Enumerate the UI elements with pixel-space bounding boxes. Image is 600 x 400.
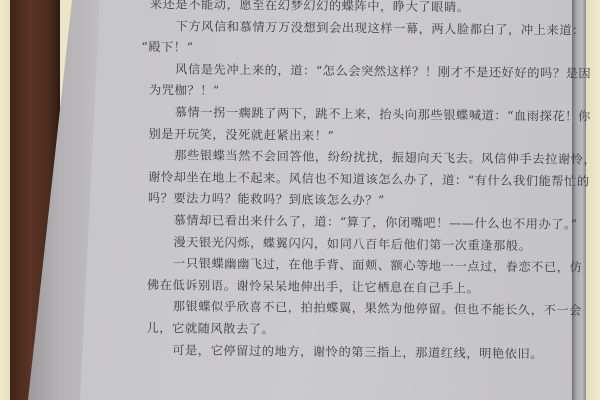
cream-frame-left bbox=[0, 0, 10, 400]
page-text: 来还是不能动，愿至在幻梦幻幻的蝶阵中，睁大了眼睛。 下方风信和慕情万万没想到会出… bbox=[146, 0, 555, 365]
book-spine-edge bbox=[572, 0, 586, 400]
text-line: 下方风信和慕情万万没想到会出现这样一幕，两人脸都白了，冲上来道： bbox=[150, 16, 555, 42]
text-line: 可是，它停留过的地方，谢怜的第三指上，那道红线，明艳依旧。 bbox=[146, 339, 551, 365]
cream-frame-right bbox=[586, 0, 600, 400]
